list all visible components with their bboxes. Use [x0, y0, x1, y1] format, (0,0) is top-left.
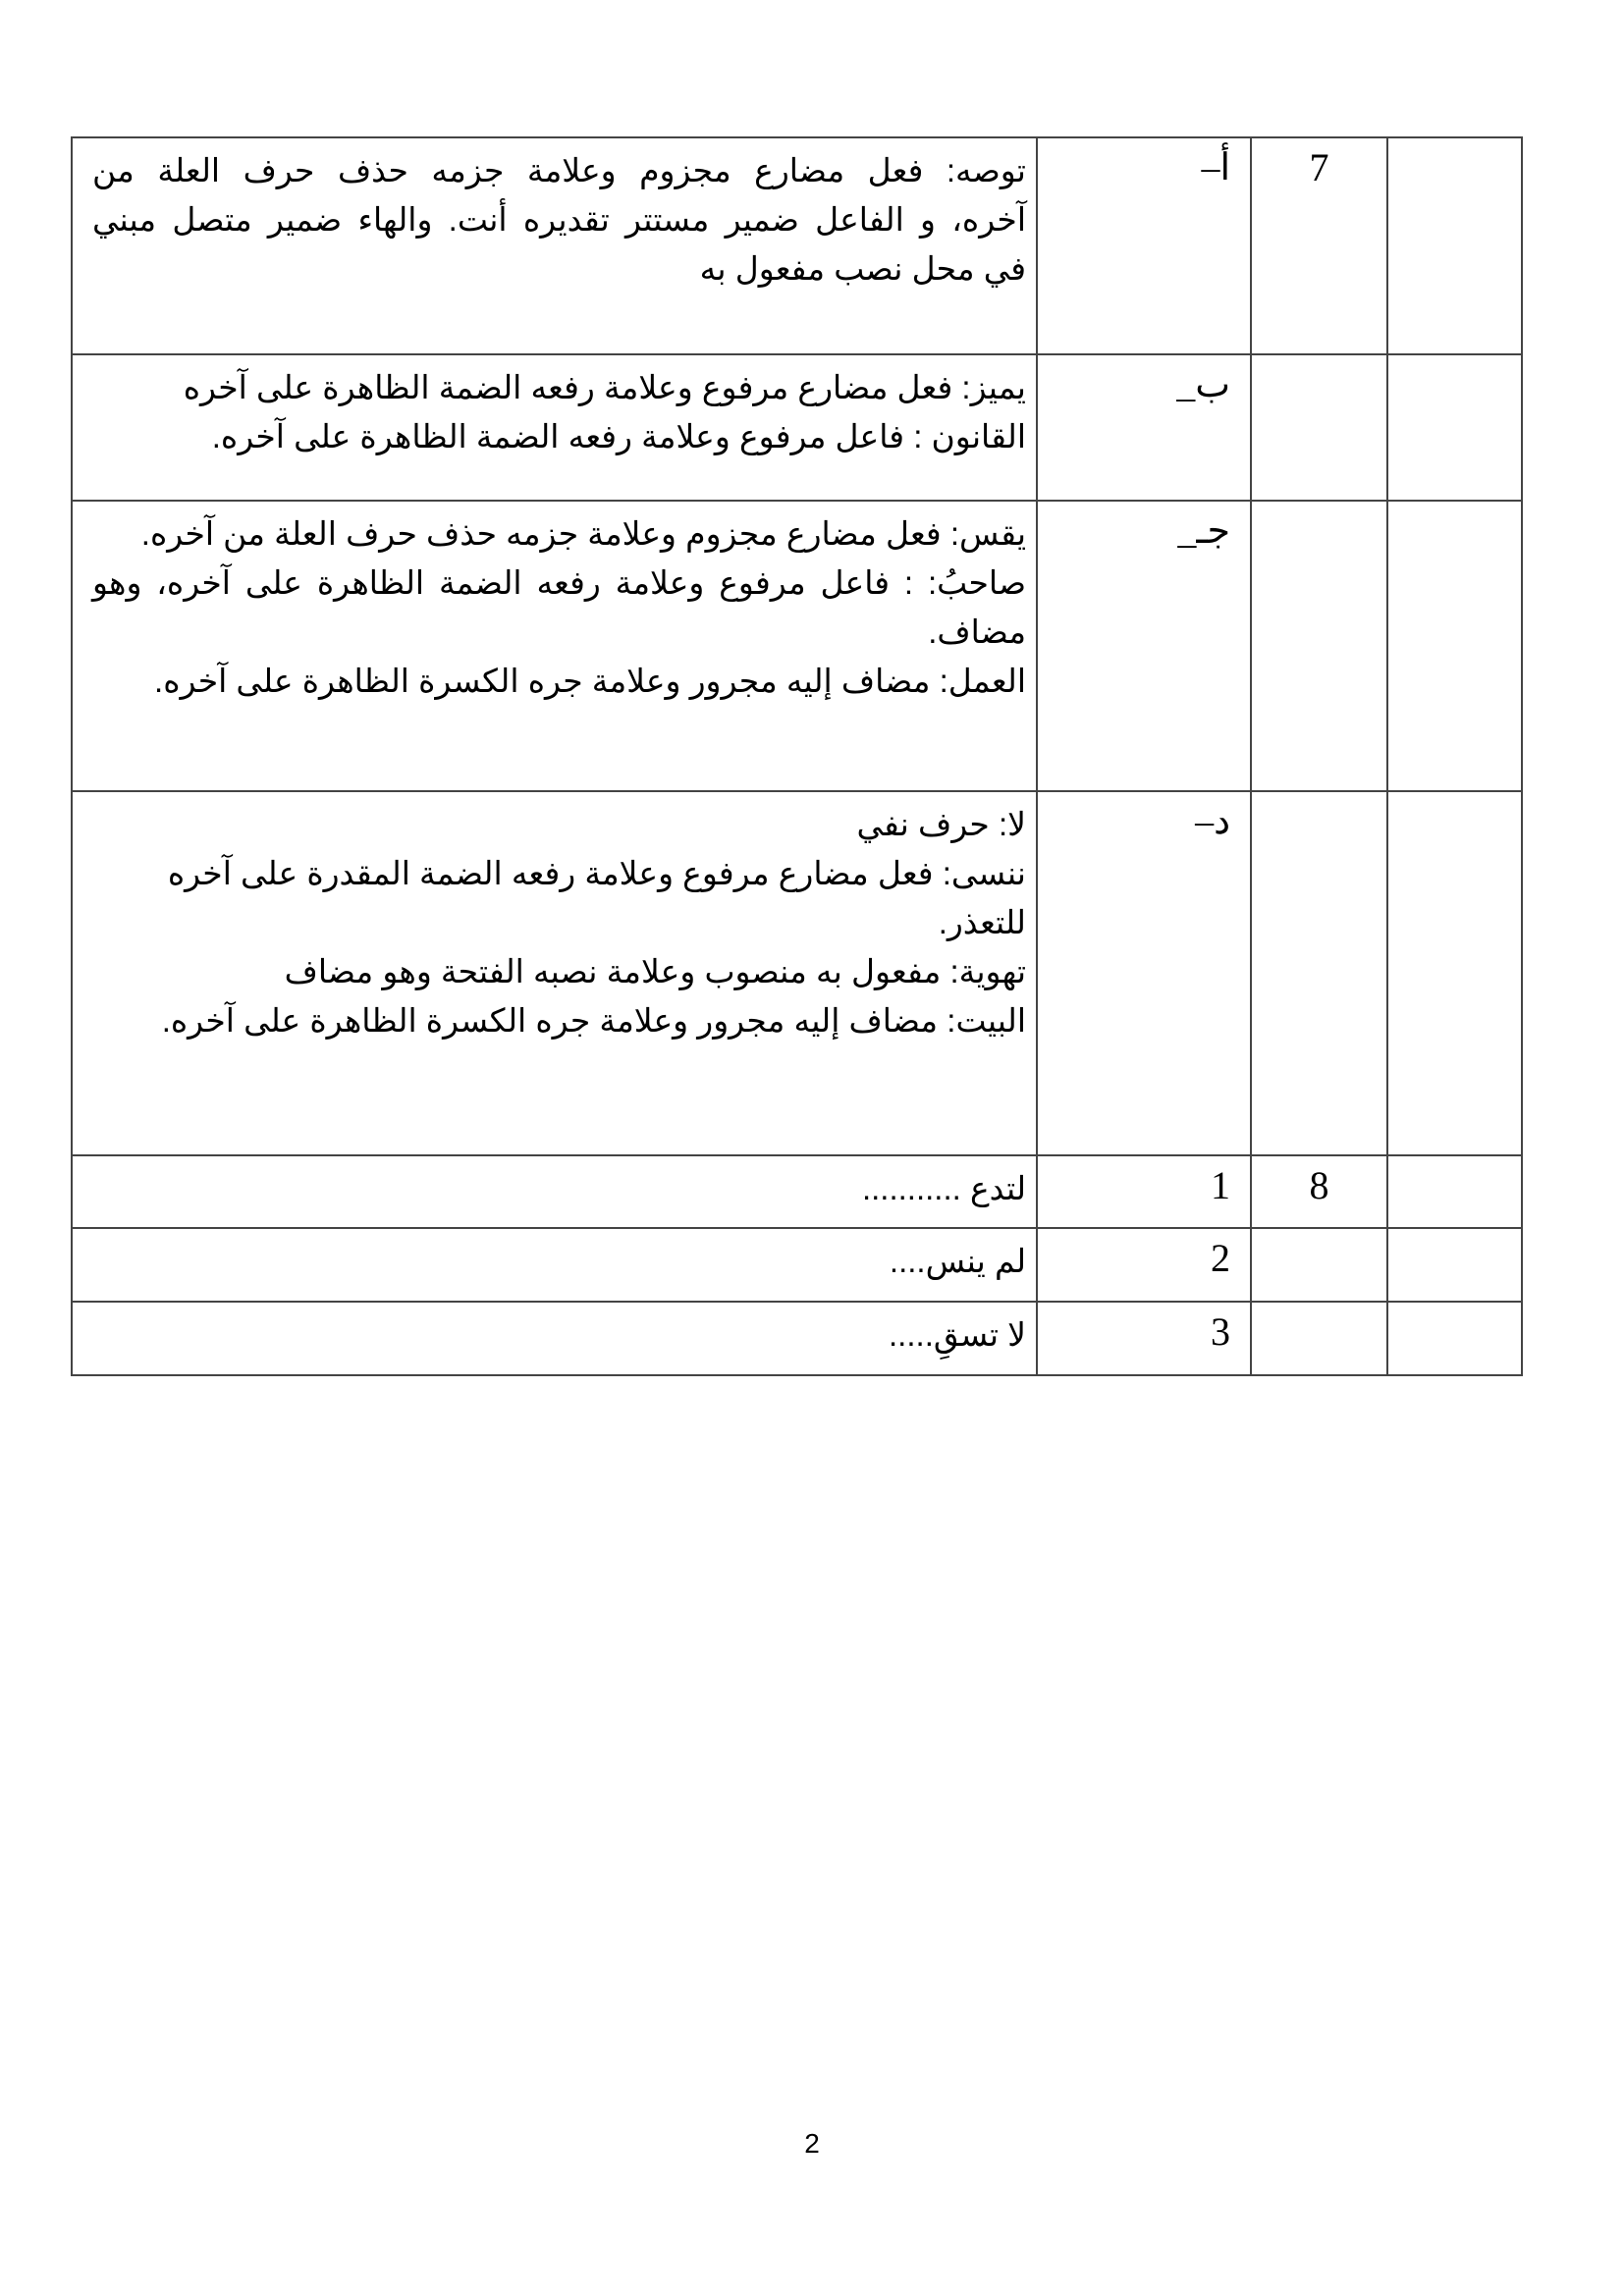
question-number — [1251, 791, 1387, 1155]
table-row: 8 1 لتدع ........... — [72, 1155, 1522, 1228]
item-label: جـ_ — [1037, 501, 1251, 791]
score-cell — [1387, 1228, 1522, 1302]
document-page: 7 أ– توصه: فعل مضارع مجزوم وعلامة جزمه ح… — [0, 0, 1624, 2296]
question-number — [1251, 1302, 1387, 1375]
answer-line: تهوية: مفعول به منصوب وعلامة نصبه الفتحة… — [92, 947, 1026, 996]
score-cell — [1387, 501, 1522, 791]
answer-line: العمل: مضاف إليه مجرور وعلامة جره الكسرة… — [92, 657, 1026, 706]
table-row: ب_ يميز: فعل مضارع مرفوع وعلامة رفعه الض… — [72, 354, 1522, 501]
question-number — [1251, 501, 1387, 791]
item-label: د– — [1037, 791, 1251, 1155]
score-cell — [1387, 137, 1522, 354]
answer-line: لتدع ........... — [92, 1164, 1026, 1213]
answer-text: توصه: فعل مضارع مجزوم وعلامة جزمه حذف حر… — [72, 137, 1037, 354]
answer-line: آخره، و الفاعل ضمير مستتر تقديره أنت. وا… — [92, 195, 1026, 244]
answer-line: صاحبُ: : فاعل مرفوع وعلامة رفعه الضمة ال… — [92, 559, 1026, 608]
answer-line: توصه: فعل مضارع مجزوم وعلامة جزمه حذف حر… — [92, 146, 1026, 195]
answer-line: لا تسقِ..... — [92, 1310, 1026, 1360]
answer-line: البيت: مضاف إليه مجرور وعلامة جره الكسرة… — [92, 996, 1026, 1045]
question-number: 8 — [1251, 1155, 1387, 1228]
question-number — [1251, 1228, 1387, 1302]
answer-key-table: 7 أ– توصه: فعل مضارع مجزوم وعلامة جزمه ح… — [71, 136, 1523, 1376]
answer-text: يقس: فعل مضارع مجزوم وعلامة جزمه حذف حرف… — [72, 501, 1037, 791]
score-cell — [1387, 354, 1522, 501]
answer-line: للتعذر. — [92, 898, 1026, 947]
item-label: 2 — [1037, 1228, 1251, 1302]
item-label: 3 — [1037, 1302, 1251, 1375]
answer-line: القانون : فاعل مرفوع وعلامة رفعه الضمة ا… — [92, 412, 1026, 461]
score-cell — [1387, 1302, 1522, 1375]
answer-line: يميز: فعل مضارع مرفوع وعلامة رفعه الضمة … — [92, 363, 1026, 412]
item-label: 1 — [1037, 1155, 1251, 1228]
answer-text: لا: حرف نفي ننسى: فعل مضارع مرفوع وعلامة… — [72, 791, 1037, 1155]
answer-text: لم ينس.... — [72, 1228, 1037, 1302]
table-row: 2 لم ينس.... — [72, 1228, 1522, 1302]
table-row: 3 لا تسقِ..... — [72, 1302, 1522, 1375]
table-row: د– لا: حرف نفي ننسى: فعل مضارع مرفوع وعل… — [72, 791, 1522, 1155]
question-number — [1251, 354, 1387, 501]
table-row: 7 أ– توصه: فعل مضارع مجزوم وعلامة جزمه ح… — [72, 137, 1522, 354]
question-number: 7 — [1251, 137, 1387, 354]
answer-text: يميز: فعل مضارع مرفوع وعلامة رفعه الضمة … — [72, 354, 1037, 501]
score-cell — [1387, 1155, 1522, 1228]
table-row: جـ_ يقس: فعل مضارع مجزوم وعلامة جزمه حذف… — [72, 501, 1522, 791]
item-label: أ– — [1037, 137, 1251, 354]
answer-line: لا: حرف نفي — [92, 800, 1026, 849]
item-label: ب_ — [1037, 354, 1251, 501]
answer-text: لا تسقِ..... — [72, 1302, 1037, 1375]
answer-text: لتدع ........... — [72, 1155, 1037, 1228]
answer-line: ننسى: فعل مضارع مرفوع وعلامة رفعه الضمة … — [92, 849, 1026, 898]
page-number: 2 — [0, 2128, 1624, 2160]
answer-line: مضاف. — [92, 608, 1026, 657]
score-cell — [1387, 791, 1522, 1155]
answer-line: لم ينس.... — [92, 1237, 1026, 1286]
answer-line: يقس: فعل مضارع مجزوم وعلامة جزمه حذف حرف… — [92, 509, 1026, 559]
answer-line: في محل نصب مفعول به — [92, 244, 1026, 294]
